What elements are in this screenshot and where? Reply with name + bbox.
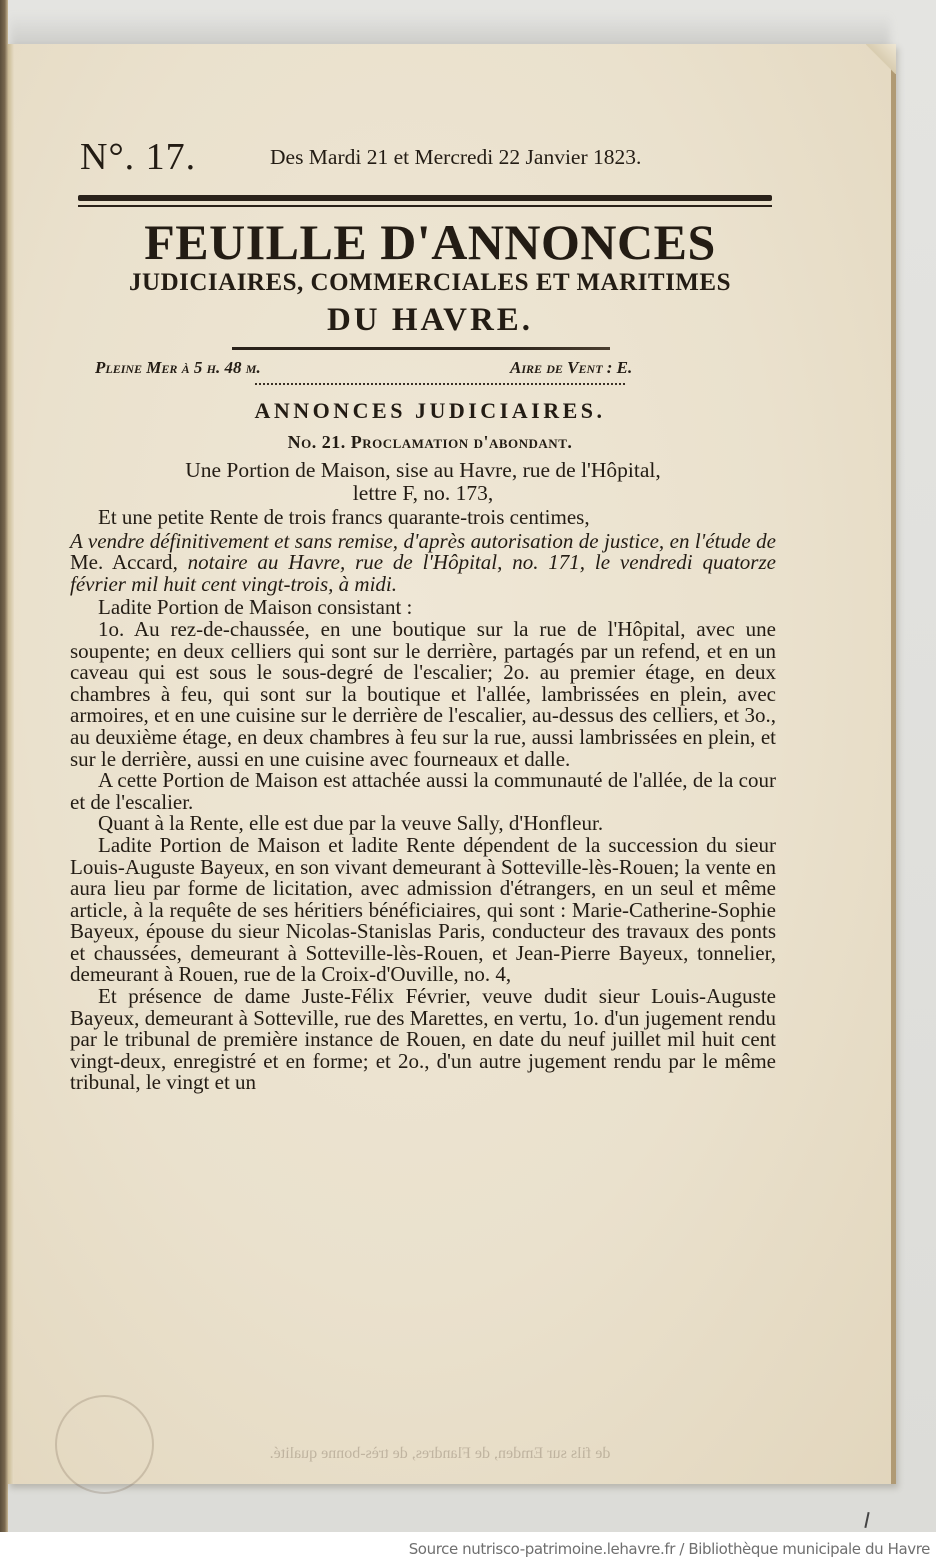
book-spine [0, 0, 8, 1532]
title-underline [232, 347, 610, 350]
rent-line: Et une petite Rente de trois francs quar… [70, 507, 776, 529]
masthead-row: N°. 17. Des Mardi 21 et Mercredi 22 Janv… [80, 135, 785, 185]
sale-terms-part-b: , notaire au Havre, rue de l'Hôpital, no… [70, 550, 776, 596]
source-credit: Source nutrisco-patrimoine.lehavre.fr / … [409, 1540, 930, 1558]
article-body: Une Portion de Maison, sise au Havre, ru… [70, 459, 776, 1094]
newspaper-city: DU HAVRE. [80, 300, 780, 340]
paragraph-succession: Ladite Portion de Maison et ladite Rente… [70, 835, 776, 986]
tide-info: Pleine Mer à 5 h. 48 m. [95, 358, 261, 378]
folded-corner [866, 44, 896, 74]
masthead-rule-thick [78, 195, 772, 201]
paragraph-description-intro: Ladite Portion de Maison consistant : [70, 597, 776, 619]
library-stamp [55, 1395, 154, 1494]
sale-terms: A vendre définitivement et sans remise, … [70, 531, 776, 596]
paragraph-presence: Et présence de dame Juste-Félix Février,… [70, 986, 776, 1094]
section-heading: ANNONCES JUDICIAIRES. [80, 398, 780, 424]
notary-name: Me. Accard [70, 550, 173, 574]
newspaper-title: FEUILLE D'ANNONCES [80, 216, 780, 268]
bleed-through-text: de fils sur Emden, de Flandres, de très-… [160, 1445, 720, 1463]
issue-number: N°. 17. [80, 135, 196, 179]
newspaper-subtitle: JUDICIAIRES, COMMERCIALES ET MARITIMES [70, 268, 790, 298]
notice-title: No. 21. Proclamation d'abondant. [80, 432, 780, 453]
masthead-rule-thin [78, 205, 772, 207]
dotted-divider [255, 383, 625, 385]
sale-terms-part-a: A vendre définitivement et sans remise, … [70, 529, 776, 553]
lot-title-line-2: lettre F, no. 173, [70, 482, 776, 505]
issue-date: Des Mardi 21 et Mercredi 22 Janvier 1823… [270, 145, 641, 170]
wind-info: Aire de Vent : E. [510, 358, 632, 378]
paragraph-floors: 1o. Au rez-de-chaussée, en une boutique … [70, 619, 776, 770]
lot-title-line-1: Une Portion de Maison, sise au Havre, ru… [70, 459, 776, 482]
paragraph-communaute: A cette Portion de Maison est attachée a… [70, 770, 776, 813]
paragraph-rente: Quant à la Rente, elle est due par la ve… [70, 813, 776, 835]
